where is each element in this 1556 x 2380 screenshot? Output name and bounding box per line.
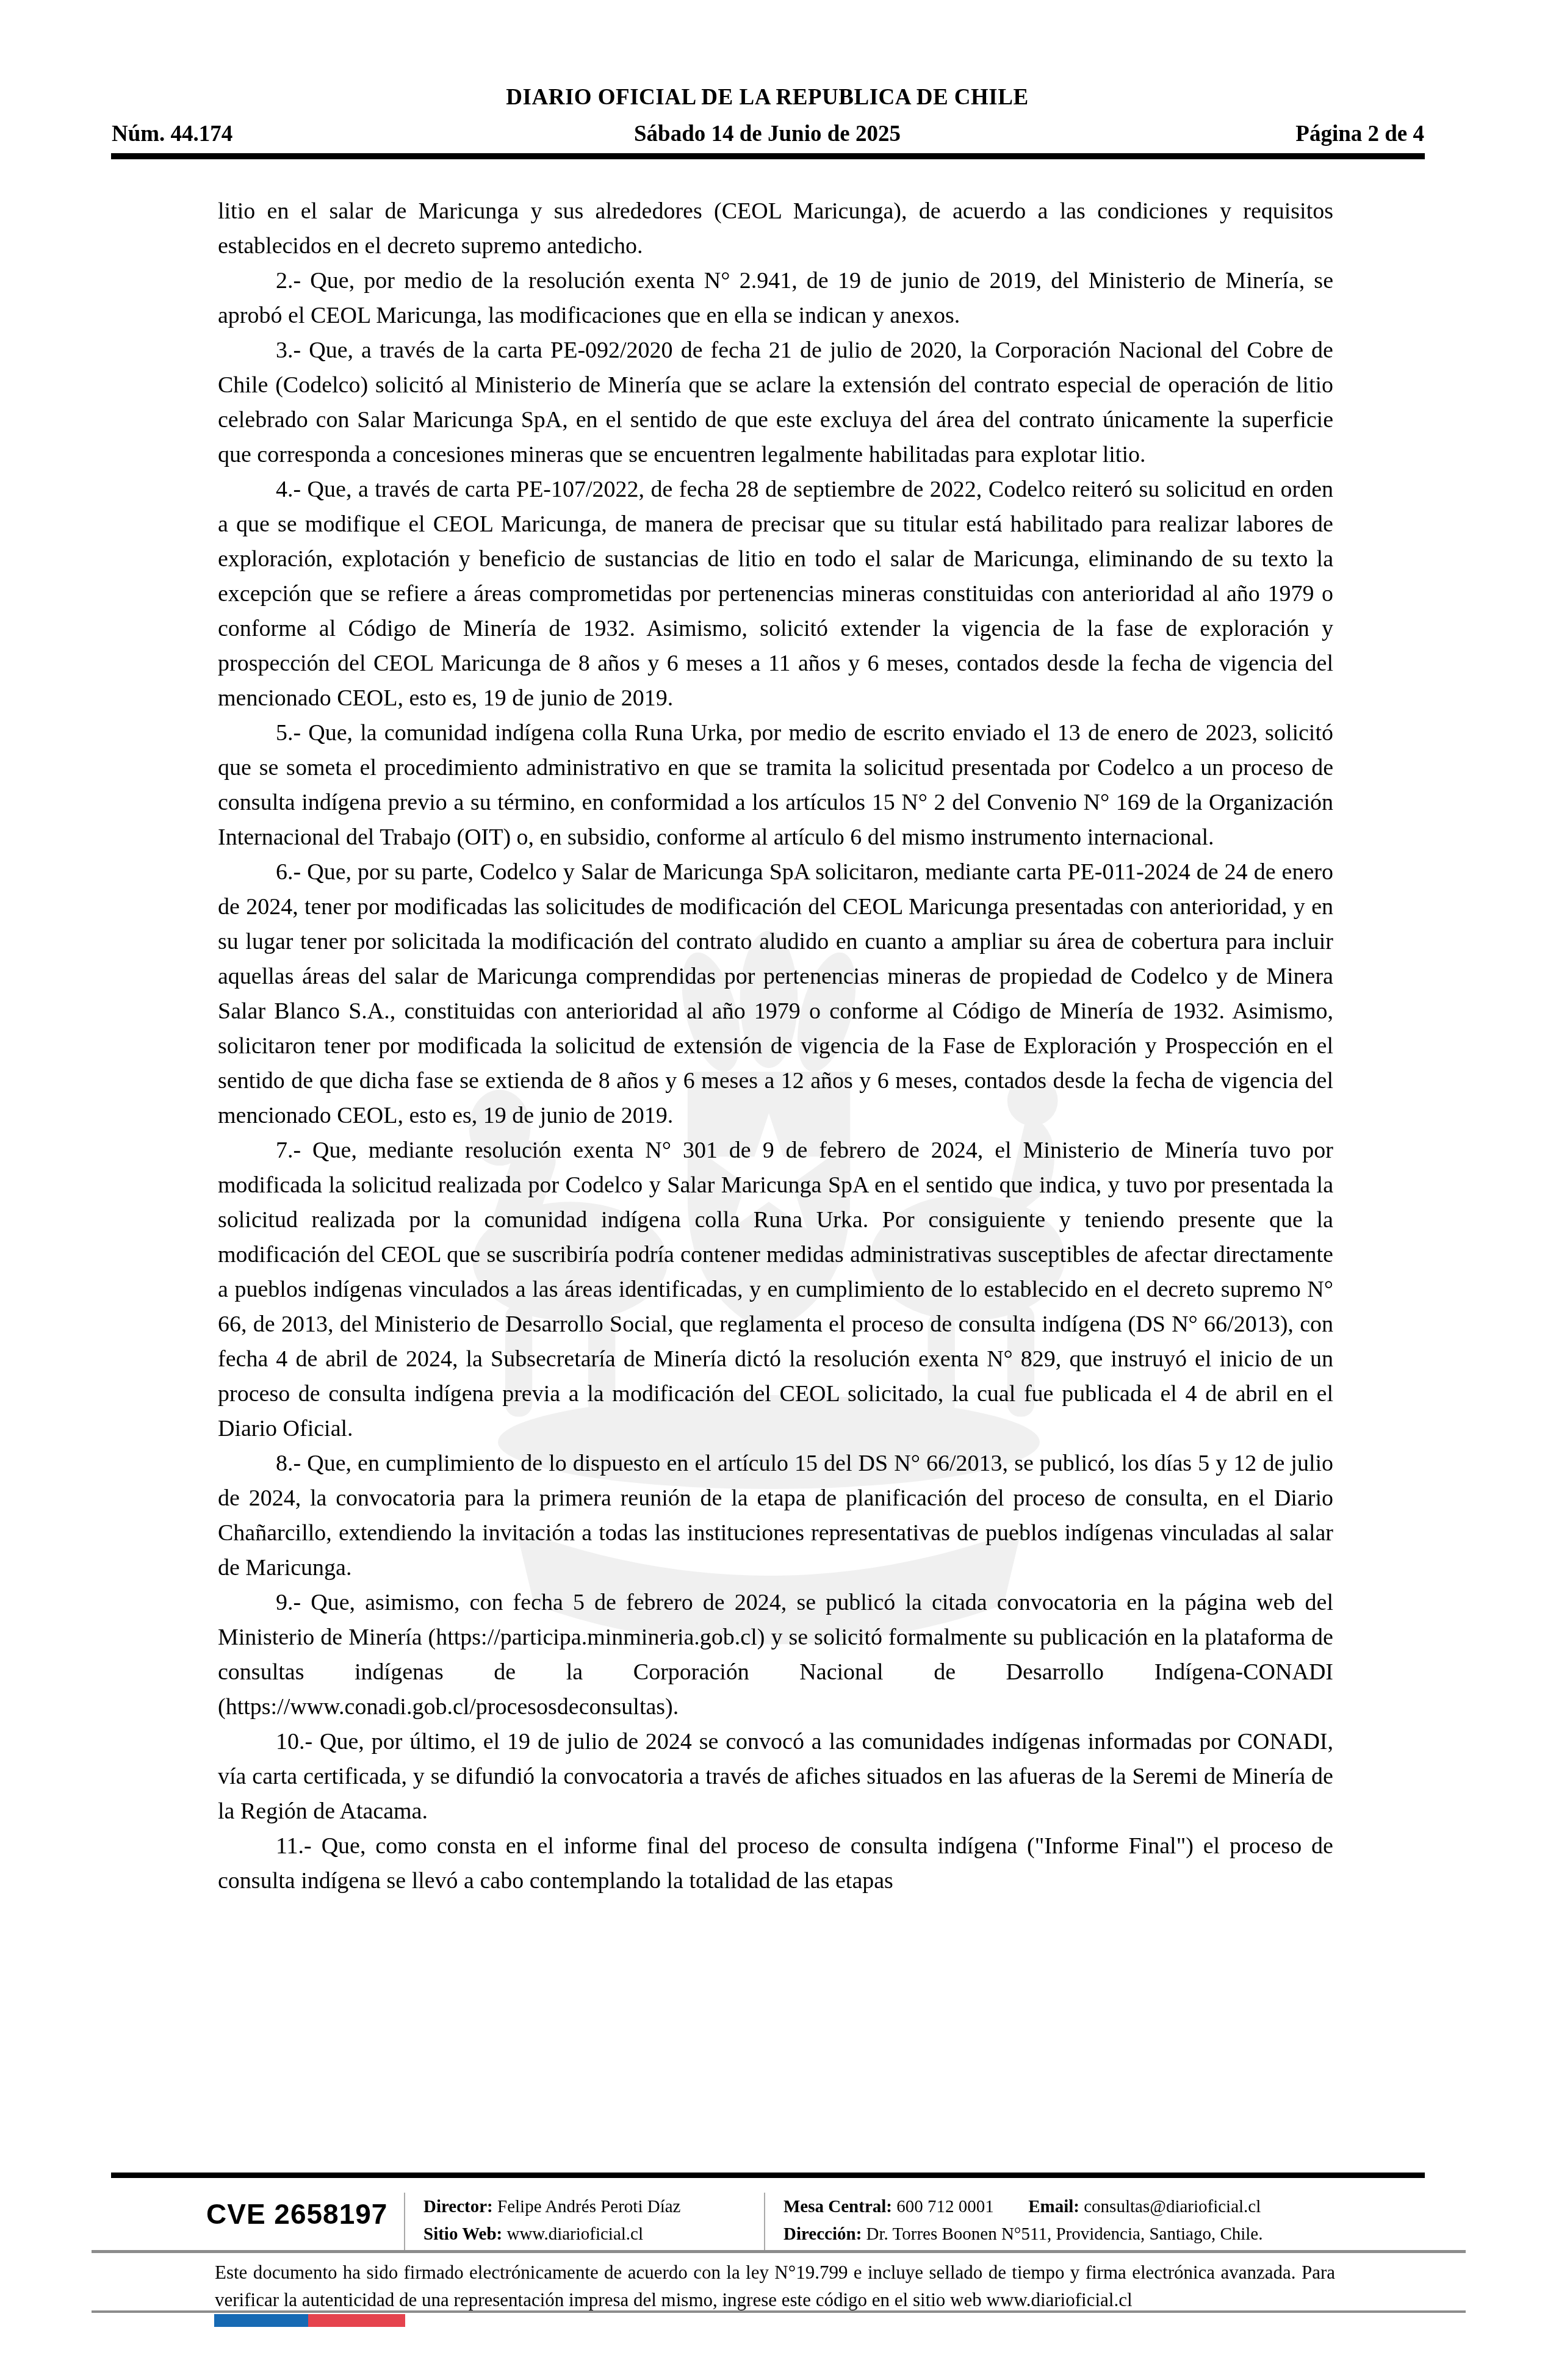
publication-title: DIARIO OFICIAL DE LA REPUBLICA DE CHILE xyxy=(110,84,1425,110)
body-paragraph: 10.- Que, por último, el 19 de julio de … xyxy=(218,1725,1333,1829)
diario-oficial-page: DIARIO OFICIAL DE LA REPUBLICA DE CHILE … xyxy=(0,0,1556,2380)
legal-notice: Este documento ha sido firmado electróni… xyxy=(215,2259,1335,2313)
flag-blue-segment xyxy=(214,2314,308,2327)
legal-notice-top-rule xyxy=(92,2250,1466,2253)
director-label: Director: xyxy=(423,2197,493,2216)
footer-director-block: Director: Felipe Andrés Peroti Díaz Siti… xyxy=(423,2193,680,2248)
chile-flag-bar-icon xyxy=(214,2314,405,2327)
phone-email-line: Mesa Central: 600 712 0001 Email: consul… xyxy=(783,2193,1262,2221)
footer-column-divider xyxy=(764,2193,765,2250)
body-paragraph: 9.- Que, asimismo, con fecha 5 de febrer… xyxy=(218,1585,1333,1725)
page-indicator: Página 2 de 4 xyxy=(1295,121,1424,147)
cve-code: CVE 2658197 xyxy=(206,2198,387,2230)
email-label: Email: xyxy=(1028,2197,1079,2216)
address-line: Dirección: Dr. Torres Boonen N°511, Prov… xyxy=(783,2221,1262,2248)
header-divider xyxy=(111,153,1425,159)
flag-red-segment xyxy=(308,2314,405,2327)
body-paragraph: 4.- Que, a través de carta PE-107/2022, … xyxy=(218,472,1333,716)
footer-divider xyxy=(111,2173,1425,2178)
website-value: www.diarioficial.cl xyxy=(506,2224,643,2244)
body-paragraph: 2.- Que, por medio de la resolución exen… xyxy=(218,264,1333,333)
director-name: Felipe Andrés Peroti Díaz xyxy=(497,2197,680,2216)
resolution-body-text: litio en el salar de Maricunga y sus alr… xyxy=(218,194,1333,1899)
website-line: Sitio Web: www.diarioficial.cl xyxy=(423,2221,680,2248)
email-value: consultas@diarioficial.cl xyxy=(1084,2197,1261,2216)
mesa-central-label: Mesa Central: xyxy=(783,2197,892,2216)
issue-date: Sábado 14 de Junio de 2025 xyxy=(110,121,1425,147)
body-paragraph: 5.- Que, la comunidad indígena colla Run… xyxy=(218,716,1333,855)
address-label: Dirección: xyxy=(783,2224,862,2244)
mesa-central-value: 600 712 0001 xyxy=(896,2197,994,2216)
body-paragraph: 3.- Que, a través de la carta PE-092/202… xyxy=(218,333,1333,472)
page-bottom-rule xyxy=(92,2310,1466,2313)
footer-contact-block: Mesa Central: 600 712 0001 Email: consul… xyxy=(783,2193,1262,2248)
body-paragraph: 11.- Que, como consta en el informe fina… xyxy=(218,1829,1333,1899)
body-paragraph: 6.- Que, por su parte, Codelco y Salar d… xyxy=(218,855,1333,1133)
address-value: Dr. Torres Boonen N°511, Providencia, Sa… xyxy=(866,2224,1263,2244)
body-paragraph: 8.- Que, en cumplimiento de lo dispuesto… xyxy=(218,1446,1333,1585)
body-paragraph: 7.- Que, mediante resolución exenta N° 3… xyxy=(218,1133,1333,1446)
footer-column-divider xyxy=(404,2193,405,2250)
director-line: Director: Felipe Andrés Peroti Díaz xyxy=(423,2193,680,2221)
body-paragraph: litio en el salar de Maricunga y sus alr… xyxy=(218,194,1333,264)
website-label: Sitio Web: xyxy=(423,2224,502,2244)
